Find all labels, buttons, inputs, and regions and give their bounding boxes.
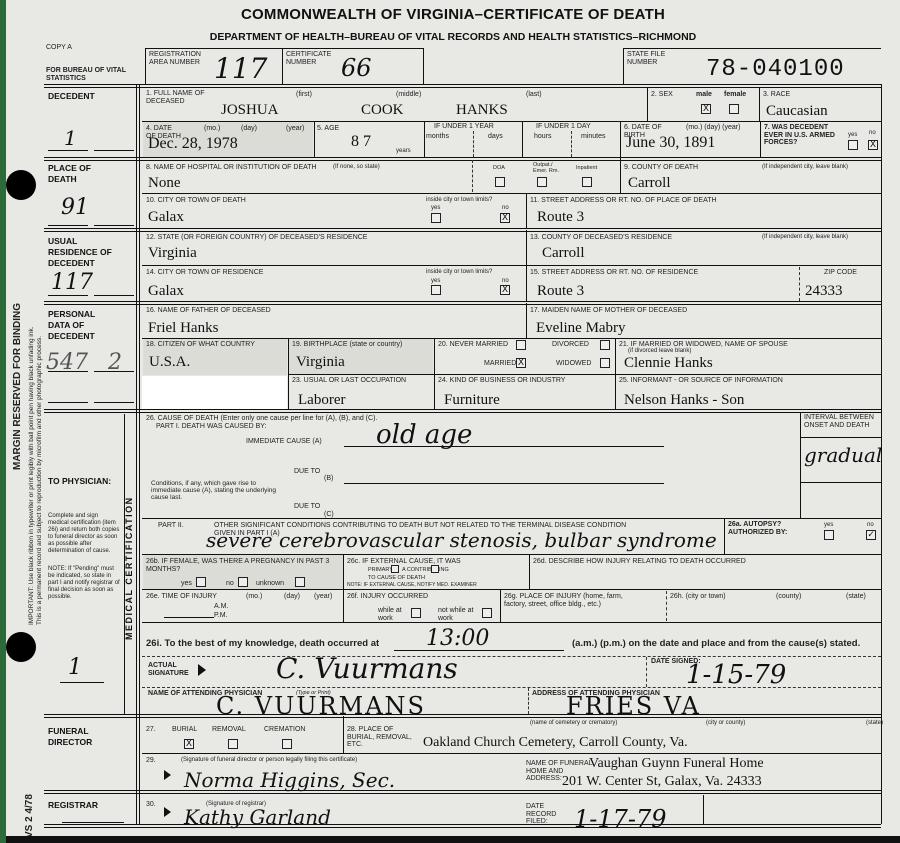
f12-label: 12. STATE (OR FOREIGN COUNTRY) OF DECEAS… — [146, 234, 367, 242]
f26i-suffix: (a.m.) (p.m.) on the date and place and … — [572, 640, 860, 648]
never-married-label: 20. NEVER MARRIED — [438, 341, 508, 349]
date-of-birth: June 30, 1891 — [626, 134, 715, 152]
pregnancy-no-label: no — [226, 580, 234, 588]
under-day-hours: hours — [534, 133, 552, 141]
address-of-death: Route 3 — [537, 209, 584, 226]
f4-year: (year) — [286, 125, 304, 133]
death-certificate: COMMONWEALTH OF VIRGINIA–CERTIFICATE OF … — [6, 0, 900, 843]
under-day-label: IF UNDER 1 DAY — [536, 123, 591, 131]
pm-label: P.M. — [214, 612, 228, 620]
immediate-cause-value: old age — [376, 420, 472, 450]
residence-address: Route 3 — [537, 283, 584, 300]
interval-value: gradual — [804, 443, 882, 467]
autopsy-no-label: no — [867, 522, 874, 530]
b-label: (B) — [324, 475, 333, 483]
zip-label: ZIP CODE — [824, 269, 857, 277]
cremation-label: CREMATION — [264, 726, 305, 734]
occupation: Laborer — [298, 392, 345, 409]
not-while-at-work-checkbox[interactable] — [482, 608, 492, 618]
section-funeral-director: FUNERAL DIRECTOR — [48, 726, 123, 748]
city-hint: (city or county) — [706, 720, 745, 728]
state-file-label: STATE FILE NUMBER — [627, 51, 667, 66]
part2-label: PART II. — [158, 522, 184, 530]
primary-checkbox[interactable] — [391, 565, 399, 573]
pregnancy-yes-checkbox[interactable] — [196, 577, 206, 587]
scan-edge — [6, 836, 900, 843]
f27-label: 27. — [146, 726, 156, 734]
decedent-code: 1 — [64, 126, 77, 150]
informant: Nelson Hanks - Son — [624, 392, 744, 409]
f8-label: 8. NAME OF HOSPITAL OR INSTITUTION OF DE… — [146, 164, 317, 172]
middle-name: COOK — [361, 102, 404, 119]
binding-margin-label: MARGIN RESERVED FOR BINDING — [12, 303, 23, 470]
f26h-label: 26h. (city or town) — [670, 593, 726, 601]
conditions-note: Conditions, if any, which gave rise to i… — [151, 480, 286, 501]
f18-label: 18. CITIZEN OF WHAT COUNTRY — [146, 341, 255, 349]
residence-code: 117 — [51, 270, 93, 295]
f10-label: 10. CITY OR TOWN OF DEATH — [146, 197, 246, 205]
inpatient-checkbox[interactable] — [582, 177, 592, 187]
medical-certification-label: MEDICAL CERTIFICATION — [124, 496, 134, 640]
f10-no-label: no — [502, 205, 509, 213]
removal-checkbox[interactable] — [228, 739, 238, 749]
last-name: HANKS — [456, 102, 508, 119]
f29-label: 29. — [146, 757, 156, 765]
f26c-label: 26c. IF EXTERNAL CAUSE, IT WAS — [347, 558, 461, 566]
sex-female-checkbox[interactable] — [729, 104, 739, 114]
f14-yes-checkbox[interactable] — [431, 285, 441, 295]
f26h-county: (county) — [776, 593, 801, 601]
f25-label: 25. INFORMANT - OR SOURCE OF INFORMATION — [619, 377, 783, 385]
important-notice-2: This is a permanent record and subject t… — [36, 336, 43, 625]
cremation-checkbox[interactable] — [282, 739, 292, 749]
contributing-checkbox[interactable] — [431, 565, 439, 573]
pending-note: NOTE: If "Pending" must be indicated, so… — [48, 566, 120, 601]
mother-name: Eveline Mabry — [536, 320, 626, 337]
primary-label: PRIMARY — [368, 567, 393, 575]
pregnancy-yes-label: yes — [181, 580, 192, 588]
due-to-c-label: DUE TO — [294, 503, 320, 511]
under-year-days: days — [488, 133, 503, 141]
never-married-checkbox[interactable] — [516, 340, 526, 350]
redacted-field — [142, 376, 287, 410]
f26f-label: 26f. INJURY OCCURRED — [347, 593, 428, 601]
citizenship: U.S.A. — [149, 354, 190, 371]
f1-last-label: (last) — [526, 91, 542, 99]
residence-county: Carroll — [542, 245, 585, 262]
f9-label: 9. COUNTY OF DEATH — [624, 164, 698, 172]
outpatient-label: Outpat./ Emer. Rm. — [533, 162, 567, 174]
funeral-home-name: Vaughan Guynn Funeral Home — [589, 756, 764, 772]
f24-label: 24. KIND OF BUSINESS OR INDUSTRY — [438, 377, 565, 385]
f8-hint: (If none, so state) — [333, 164, 380, 172]
for-bureau-label: FOR BUREAU OF VITAL STATISTICS — [46, 67, 126, 82]
important-notice-1: IMPORTANT: Use black ribbon in typewrite… — [28, 326, 35, 625]
f1-first-label: (first) — [296, 91, 312, 99]
place-of-death-code: 91 — [61, 195, 89, 220]
zip-code: 24333 — [805, 283, 843, 300]
f26i-label: 26i. To the best of my knowledge, death … — [146, 640, 379, 648]
married-label: MARRIED — [484, 360, 516, 368]
autopsy-no-checkbox[interactable]: ✓ — [866, 530, 876, 540]
date-signed: 1-15-79 — [686, 660, 786, 690]
f19-label: 19. BIRTHPLACE (state or country) — [292, 341, 402, 349]
f28-label: 28. PLACE OF BURIAL, REMOVAL, ETC. — [347, 726, 422, 749]
f14-limits: inside city or town limits? — [426, 269, 492, 277]
physician-instructions: Complete and sign medical certification … — [48, 513, 120, 555]
f6-sub: (mo.) (day) (year) — [686, 124, 740, 132]
hospital-value: None — [148, 175, 181, 192]
f17-label: 17. MAIDEN NAME OF MOTHER OF DECEASED — [530, 307, 687, 315]
f26e-label: 26e. TIME OF INJURY — [146, 593, 217, 601]
funeral-home-address: 201 W. Center St, Galax, Va. 24333 — [562, 774, 762, 790]
section-place-of-death: PLACE OF DEATH — [48, 163, 108, 185]
race-value: Caucasian — [766, 103, 828, 120]
f26e-day: (day) — [284, 593, 300, 601]
under-day-minutes: minutes — [581, 133, 606, 141]
interval-label: INTERVAL BETWEEN ONSET AND DEATH — [804, 414, 874, 429]
f10-yes-label: yes — [431, 205, 440, 213]
armed-no-checkbox[interactable]: X — [868, 140, 878, 150]
physician-signature: C. Vuurmans — [276, 652, 458, 685]
f7-label: 7. WAS DECEDENT EVER IN U.S. ARMED FORCE… — [764, 124, 839, 147]
pregnancy-unknown-checkbox[interactable] — [295, 577, 305, 587]
birthplace: Virginia — [296, 354, 345, 371]
sex-female-label: female — [724, 91, 746, 99]
burial-checkbox[interactable]: X — [184, 739, 194, 749]
pregnancy-unknown-label: unknown — [256, 580, 284, 588]
married-checkbox[interactable]: X — [516, 358, 526, 368]
date-filed: 1-17-79 — [574, 805, 667, 833]
f23-label: 23. USUAL OR LAST OCCUPATION — [292, 377, 406, 385]
section-personal-data: PERSONAL DATA OF DECEDENT — [48, 309, 118, 342]
residence-state: Virginia — [148, 245, 197, 262]
f30-label: 30. — [146, 801, 156, 809]
autopsy-yes-checkbox[interactable] — [824, 530, 834, 540]
divorced-checkbox[interactable] — [600, 340, 610, 350]
divorced-label: DIVORCED — [552, 341, 589, 349]
widowed-checkbox[interactable] — [600, 358, 610, 368]
binding-hole — [6, 170, 36, 200]
cemetery-hint: (name of cemetery or crematory) — [530, 720, 617, 728]
f14-no-checkbox[interactable]: X — [500, 285, 510, 295]
while-at-work-label: while at work — [378, 607, 410, 622]
f10-no-checkbox[interactable]: X — [500, 213, 510, 223]
residence-city: Galax — [148, 283, 184, 300]
removal-label: REMOVAL — [212, 726, 246, 734]
f26e-mo: (mo.) — [246, 593, 262, 601]
city-of-death: Galax — [148, 209, 184, 226]
section-usual-residence: USUAL RESIDENCE OF DECEDENT — [48, 236, 128, 269]
copy-label: COPY A — [46, 44, 72, 52]
immediate-cause-label: IMMEDIATE CAUSE (A) — [246, 438, 322, 446]
f10-yes-checkbox[interactable] — [431, 213, 441, 223]
f13-label: 13. COUNTY OF DECEASED'S RESIDENCE — [530, 234, 672, 242]
business: Furniture — [444, 392, 500, 409]
registration-area-label: REGISTRATION AREA NUMBER — [149, 51, 219, 66]
doa-label: DOA — [493, 165, 505, 173]
f11-label: 11. STREET ADDRESS OR RT. NO. OF PLACE O… — [530, 197, 717, 205]
funeral-signature-arrow-icon — [164, 770, 171, 780]
contributing-label: A CONTRIBUTING — [402, 567, 449, 575]
doa-checkbox[interactable] — [495, 177, 505, 187]
f1-label: 1. FULL NAME OF DECEASED — [146, 90, 226, 105]
signature-label: ACTUAL SIGNATURE — [148, 662, 188, 677]
funeral-director-signature: Norma Higgins, Sec. — [184, 768, 395, 792]
f26a-label: 26a. AUTOPSY? AUTHORIZED BY: — [728, 521, 808, 536]
f10-limits: inside city or town limits? — [426, 197, 492, 205]
county-of-death: Carroll — [628, 175, 671, 192]
outpatient-checkbox[interactable] — [537, 177, 547, 187]
f4-mo: (mo.) — [204, 125, 220, 133]
section-to-physician: TO PHYSICIAN: — [48, 476, 123, 487]
physician-code: 1 — [68, 655, 82, 680]
f1-middle-label: (middle) — [396, 91, 421, 99]
inpatient-label: Inpatient — [576, 165, 597, 173]
armed-no-label: no — [869, 130, 876, 138]
f5-label: 5. AGE — [317, 125, 339, 133]
armed-yes-label: yes — [848, 132, 857, 140]
part2-value: severe cerebrovascular stenosis, bulbar … — [206, 528, 717, 552]
f14-label: 14. CITY OR TOWN OF RESIDENCE — [146, 269, 263, 277]
f26g-label: 26g. PLACE OF INJURY (home, farm, factor… — [504, 593, 634, 608]
sex-male-label: male — [696, 91, 712, 99]
state-file-value: 78-040100 — [706, 56, 845, 83]
section-decedent: DECEDENT — [48, 91, 95, 102]
am-label: A.M. — [214, 603, 228, 611]
date-of-death: Dec. 28, 1978 — [148, 135, 238, 153]
f13-hint: (If independent city, leave blank) — [762, 234, 848, 242]
f26d-label: 26d. DESCRIBE HOW INJURY RELATING TO DEA… — [533, 558, 746, 566]
first-name: JOSHUA — [221, 102, 279, 119]
not-while-at-work-label: not while at work — [438, 607, 478, 622]
due-to-b-label: DUE TO — [294, 468, 320, 476]
form-code: VS 2 4/78 — [24, 794, 35, 838]
f2-label: 2. SEX — [651, 91, 673, 99]
certificate-number-label: CERTIFICATE NUMBER — [286, 51, 346, 66]
f3-label: 3. RACE — [763, 91, 790, 99]
armed-yes-checkbox[interactable] — [848, 140, 858, 150]
certificate-title: COMMONWEALTH OF VIRGINIA–CERTIFICATE OF … — [6, 6, 900, 23]
section-registrar: REGISTRAR — [48, 800, 98, 811]
f4-day: (day) — [241, 125, 257, 133]
registrar-signature-arrow-icon — [164, 807, 171, 817]
f26b-label: 26b. IF FEMALE, WAS THERE A PREGNANCY IN… — [146, 558, 336, 573]
under-year-label: IF UNDER 1 YEAR — [434, 123, 494, 131]
f26e-year: (year) — [314, 593, 332, 601]
burial-place: Oakland Church Cemetery, Carroll County,… — [423, 735, 688, 751]
burial-label: BURIAL — [172, 726, 197, 734]
under-year-months: months — [426, 133, 449, 141]
certificate-subtitle: DEPARTMENT OF HEALTH–BUREAU OF VITAL REC… — [6, 31, 900, 43]
time-of-death: 13:00 — [426, 626, 489, 651]
f16-label: 16. NAME OF FATHER OF DECEASED — [146, 307, 271, 315]
f15-label: 15. STREET ADDRESS OR RT. NO. OF RESIDEN… — [530, 269, 698, 277]
f26-label: 26. CAUSE OF DEATH (Enter only one cause… — [146, 415, 377, 423]
pregnancy-no-checkbox[interactable] — [238, 577, 248, 587]
f26h-state: (state) — [846, 593, 866, 601]
certificate-number-value: 66 — [341, 54, 372, 82]
date-filed-label: DATE RECORD FILED: — [526, 803, 576, 826]
signature-arrow-icon — [198, 664, 206, 676]
while-at-work-checkbox[interactable] — [411, 608, 421, 618]
registration-area-value: 117 — [214, 52, 267, 85]
state-hint: (state) — [866, 720, 883, 728]
f9-hint: (If independent city, leave blank) — [762, 164, 848, 172]
sex-male-checkbox[interactable]: X — [701, 104, 711, 114]
f26-part1: PART I. DEATH WAS CAUSED BY: — [156, 423, 266, 431]
autopsy-yes-label: yes — [824, 522, 833, 530]
widowed-label: WIDOWED — [556, 360, 591, 368]
age-unit: years — [396, 148, 411, 156]
spouse-name: Clennie Hanks — [624, 355, 713, 372]
father-name: Friel Hanks — [148, 320, 218, 337]
age-value: 8 7 — [351, 133, 371, 151]
binding-hole — [6, 632, 36, 662]
f29-hint: (Signature of funeral director or person… — [181, 757, 357, 765]
